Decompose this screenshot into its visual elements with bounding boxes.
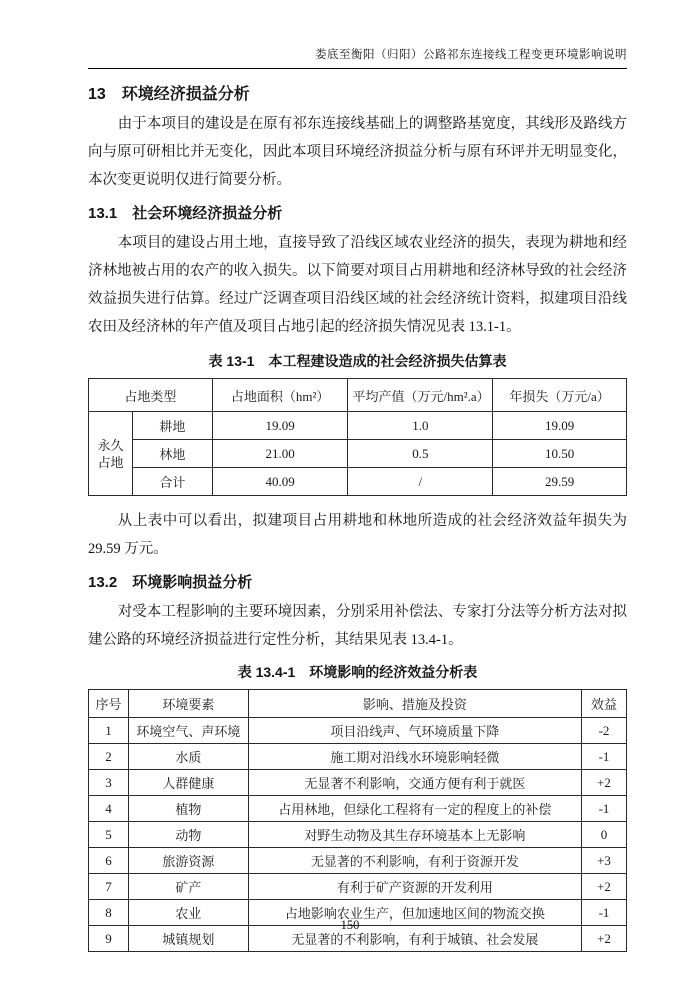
table-row: 6 旅游资源 无显著的不利影响，有利于资源开发 +3 xyxy=(89,848,627,874)
cell-no: 4 xyxy=(89,796,129,822)
header-cell-annual-loss: 年损失（万元/a） xyxy=(493,379,627,412)
document-page: 娄底至衡阳（归阳）公路祁东连接线工程变更环境影响说明 13 环境经济损益分析 由… xyxy=(0,0,700,990)
cell-loss: 10.50 xyxy=(493,440,627,468)
table-row: 林地 21.00 0.5 10.50 xyxy=(89,440,627,468)
cell-no: 6 xyxy=(89,848,129,874)
cell-impact: 项目沿线声、气环境质量下降 xyxy=(248,718,581,744)
table-row: 5 动物 对野生动物及其生存环境基本上无影响 0 xyxy=(89,822,627,848)
cell-benefit: +3 xyxy=(582,848,627,874)
cell-benefit: -1 xyxy=(582,796,627,822)
table-row: 1 环境空气、声环境 项目沿线声、气环境质量下降 -2 xyxy=(89,718,627,744)
running-header: 娄底至衡阳（归阳）公路祁东连接线工程变更环境影响说明 xyxy=(88,46,627,69)
header-cell-impact: 影响、措施及投资 xyxy=(248,690,581,718)
table-13-4-1: 序号 环境要素 影响、措施及投资 效益 1 环境空气、声环境 项目沿线声、气环境… xyxy=(88,689,627,952)
cell-factor: 环境空气、声环境 xyxy=(128,718,248,744)
table-13-1: 占地类型 占地面积（hm²） 平均产值（万元/hm².a） 年损失（万元/a） … xyxy=(88,378,627,496)
cell-impact: 有利于矿产资源的开发利用 xyxy=(248,874,581,900)
cell-impact: 无显著不利影响，交通方便有利于就医 xyxy=(248,770,581,796)
cell-factor: 人群健康 xyxy=(128,770,248,796)
table-13-4-1-title: 表 13.4-1 环境影响的经济效益分析表 xyxy=(88,662,627,682)
table-row: 永久占地 耕地 19.09 1.0 19.09 xyxy=(89,412,627,440)
header-cell-benefit: 效益 xyxy=(582,690,627,718)
cell-type: 耕地 xyxy=(132,412,212,440)
cell-benefit: 0 xyxy=(582,822,627,848)
header-cell-land-type: 占地类型 xyxy=(89,379,213,412)
cell-impact: 施工期对沿线水环境影响轻微 xyxy=(248,744,581,770)
cell-avg: / xyxy=(348,468,493,496)
header-cell-no: 序号 xyxy=(89,690,129,718)
table-header-row: 占地类型 占地面积（hm²） 平均产值（万元/hm².a） 年损失（万元/a） xyxy=(89,379,627,412)
header-cell-area: 占地面积（hm²） xyxy=(212,379,348,412)
section-13-1-paragraph-1: 本项目的建设占用土地，直接导致了沿线区域农业经济的损失，表现为耕地和经济林地被占… xyxy=(88,229,627,341)
cell-impact: 对野生动物及其生存环境基本上无影响 xyxy=(248,822,581,848)
cell-benefit: -2 xyxy=(582,718,627,744)
cell-area: 40.09 xyxy=(212,468,348,496)
section-13-paragraph: 由于本项目的建设是在原有祁东连接线基础上的调整路基宽度，其线形及路线方向与原可研… xyxy=(88,110,627,194)
cell-row-group: 永久占地 xyxy=(89,412,133,496)
cell-impact: 占用林地，但绿化工程将有一定的程度上的补偿 xyxy=(248,796,581,822)
cell-factor: 水质 xyxy=(128,744,248,770)
section-13-1-paragraph-2: 从上表中可以看出，拟建项目占用耕地和林地所造成的社会经济效益年损失为 29.59… xyxy=(88,507,627,563)
cell-factor: 动物 xyxy=(128,822,248,848)
cell-benefit: +2 xyxy=(582,770,627,796)
cell-area: 21.00 xyxy=(212,440,348,468)
table-row: 7 矿产 有利于矿产资源的开发利用 +2 xyxy=(89,874,627,900)
cell-avg: 1.0 xyxy=(348,412,493,440)
cell-factor: 旅游资源 xyxy=(128,848,248,874)
cell-impact: 无显著的不利影响，有利于资源开发 xyxy=(248,848,581,874)
table-row: 4 植物 占用林地，但绿化工程将有一定的程度上的补偿 -1 xyxy=(89,796,627,822)
section-13-2-paragraph: 对受本工程影响的主要环境因素，分别采用补偿法、专家打分法等分析方法对拟建公路的环… xyxy=(88,598,627,654)
cell-loss: 29.59 xyxy=(493,468,627,496)
table-row: 3 人群健康 无显著不利影响，交通方便有利于就医 +2 xyxy=(89,770,627,796)
table-13-1-title: 表 13-1 本工程建设造成的社会经济损失估算表 xyxy=(88,351,627,371)
table-row: 合计 40.09 / 29.59 xyxy=(89,468,627,496)
section-13-heading: 13 环境经济损益分析 xyxy=(88,84,627,106)
header-cell-factor: 环境要素 xyxy=(128,690,248,718)
cell-area: 19.09 xyxy=(212,412,348,440)
cell-type: 合计 xyxy=(132,468,212,496)
cell-benefit: +2 xyxy=(582,874,627,900)
cell-no: 1 xyxy=(89,718,129,744)
page-number: 150 xyxy=(0,918,700,933)
cell-no: 7 xyxy=(89,874,129,900)
cell-loss: 19.09 xyxy=(493,412,627,440)
cell-factor: 植物 xyxy=(128,796,248,822)
cell-no: 5 xyxy=(89,822,129,848)
cell-avg: 0.5 xyxy=(348,440,493,468)
cell-no: 2 xyxy=(89,744,129,770)
cell-no: 3 xyxy=(89,770,129,796)
header-cell-avg-output: 平均产值（万元/hm².a） xyxy=(348,379,493,412)
cell-factor: 矿产 xyxy=(128,874,248,900)
cell-benefit: -1 xyxy=(582,744,627,770)
content-area: 娄底至衡阳（归阳）公路祁东连接线工程变更环境影响说明 13 环境经济损益分析 由… xyxy=(88,0,627,952)
section-13-2-heading: 13.2 环境影响损益分析 xyxy=(88,572,627,594)
cell-type: 林地 xyxy=(132,440,212,468)
section-13-1-heading: 13.1 社会环境经济损益分析 xyxy=(88,203,627,225)
table-header-row: 序号 环境要素 影响、措施及投资 效益 xyxy=(89,690,627,718)
table-row: 2 水质 施工期对沿线水环境影响轻微 -1 xyxy=(89,744,627,770)
running-header-title: 娄底至衡阳（归阳）公路祁东连接线工程变更环境影响说明 xyxy=(315,49,627,61)
